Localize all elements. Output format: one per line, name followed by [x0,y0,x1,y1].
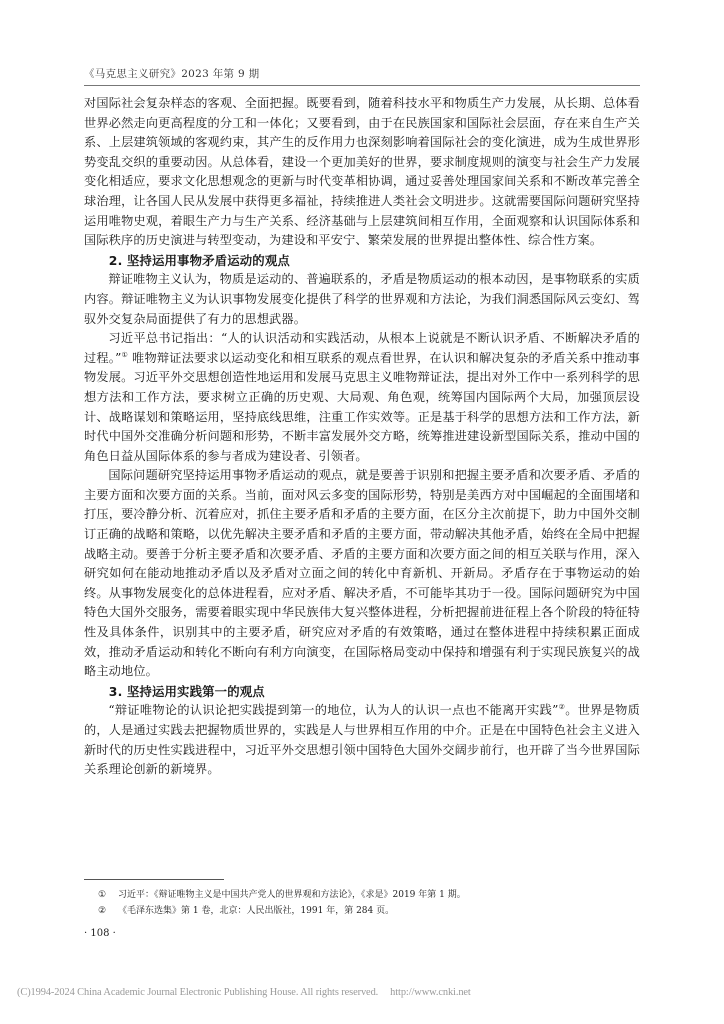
footnote-mark: ① [98,888,118,904]
copyright-notice: (C)1994-2024 China Academic Journal Elec… [17,987,378,998]
section2-paragraph-1: 辩证唯物主义认为，物质是运动的、普遍联系的，矛盾是物质运动的根本动因，是事物联系… [84,270,640,329]
section2-paragraph-2: 习近平总书记指出：“人的认识活动和实践活动，从根本上说就是不断认识矛盾、不断解决… [84,329,640,466]
section-heading-2: 2. 坚持运用事物矛盾运动的观点 [84,251,640,271]
paragraph-continued: 对国际社会复杂样态的客观、全面把握。既要看到，随着科技水平和物质生产力发展，从长… [84,94,640,251]
copyright-footer: (C)1994-2024 China Academic Journal Elec… [17,987,471,998]
paragraph-text: 唯物辩证法要求以运动变化和相互联系的观点看世界，在认识和解决复杂的矛盾关系中推动… [84,351,640,463]
footnote-2: ②《毛泽东选集》第 1 卷，北京：人民出版社，1991 年，第 284 页。 [98,904,638,920]
footnote-1: ①习近平：《辩证唯物主义是中国共产党人的世界观和方法论》，《求是》2019 年第… [98,888,638,904]
section2-paragraph-3: 国际问题研究坚持运用事物矛盾运动的观点，就是要善于识别和把握主要矛盾和次要矛盾、… [84,466,640,682]
journal-issue-label: 《马克思主义研究》2023 年第 9 期 [84,68,259,80]
page-number: · 108 · [84,928,116,939]
article-body: 对国际社会复杂样态的客观、全面把握。既要看到，随着科技水平和物质生产力发展，从长… [84,94,640,780]
section3-paragraph-1: “辩证唯物论的认识论把实践提到第一的地位，认为人的认识一点也不能离开实践”②。世… [84,701,640,779]
paragraph-text: “辩证唯物论的认识论把实践提到第一的地位，认为人的认识一点也不能离开实践” [108,703,558,717]
footnotes: ①习近平：《辩证唯物主义是中国共产党人的世界观和方法论》，《求是》2019 年第… [98,888,638,919]
section-heading-3: 3. 坚持运用实践第一的观点 [84,682,640,702]
footnote-text: 《毛泽东选集》第 1 卷，北京：人民出版社，1991 年，第 284 页。 [118,906,394,916]
footnote-mark: ② [98,904,118,920]
running-header: 《马克思主义研究》2023 年第 9 期 [84,66,640,86]
footnote-text: 习近平：《辩证唯物主义是中国共产党人的世界观和方法论》，《求是》2019 年第 … [118,890,466,900]
footnote-divider [84,879,224,880]
cnki-link[interactable]: http://www.cnki.net [390,987,471,998]
